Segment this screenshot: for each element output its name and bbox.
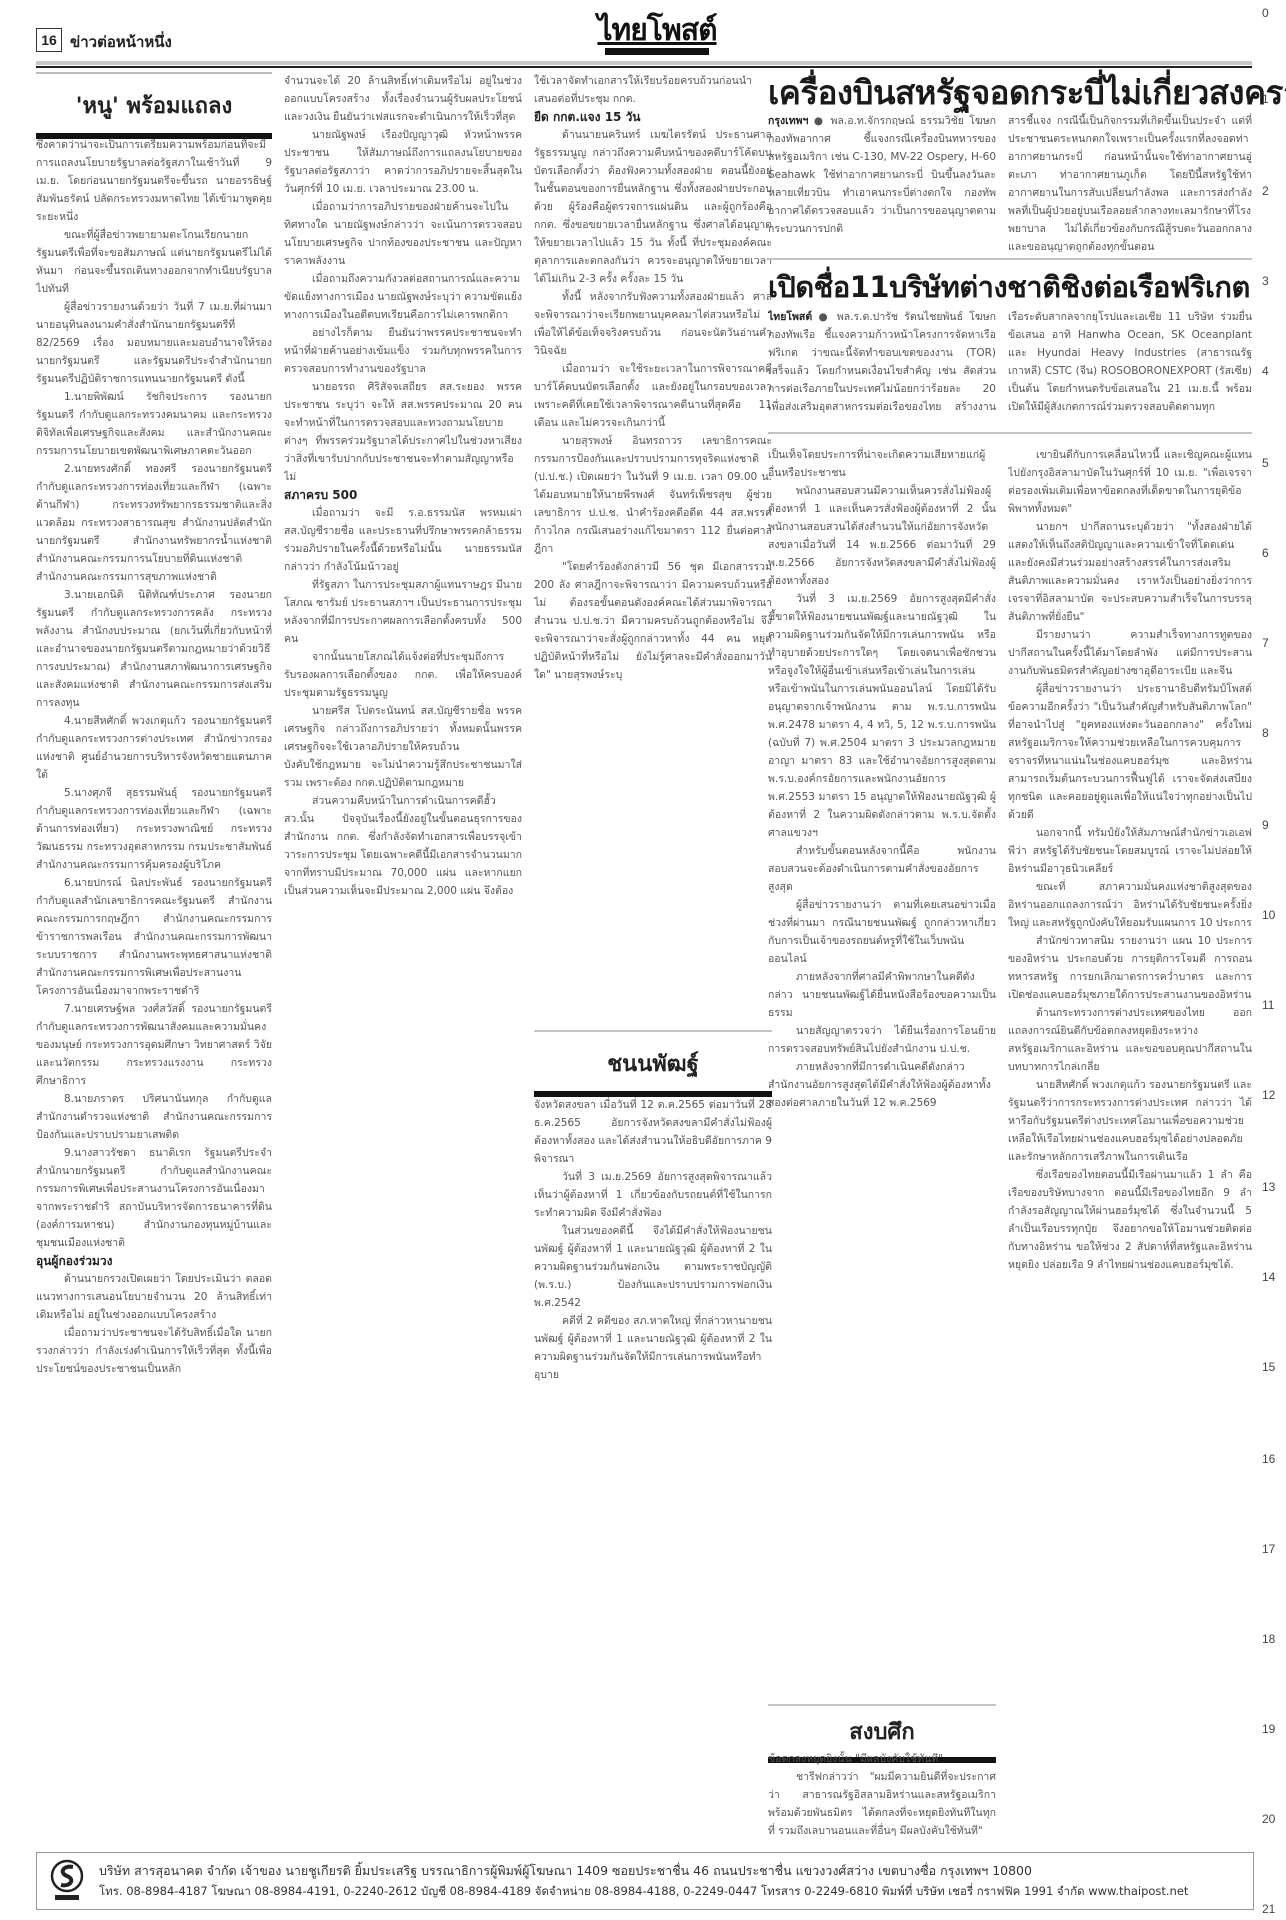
paragraph: สำหรับขั้นตอนหลังจากนี้คือ พนักงานสอบสวน… xyxy=(768,842,996,896)
paragraph: เรือระดับสากลจากยุโรปและเอเชีย 11 บริษัท… xyxy=(1008,308,1252,414)
paragraph: ซึ่งเรือของไทยตอนนี้มีเรือผ่านมาแล้ว 1 ล… xyxy=(1008,1166,1252,1274)
column-3-upper: ใช้เวลาจัดทำเอกสารให้เรียบร้อยครบถ้วนก่อ… xyxy=(534,72,772,1020)
box-title: 'หนู' พร้อมแถลง xyxy=(36,74,272,133)
paragraph: 1.นายพิพัฒน์ รัชกิจประการ รองนายกรัฐมนตร… xyxy=(36,388,272,460)
subhead: อุนผู้กองร่วมวง xyxy=(36,1252,272,1270)
margin-marker: 2 xyxy=(1262,184,1269,198)
margin-marker: 16 xyxy=(1262,1452,1275,1466)
divider xyxy=(768,258,1252,260)
paragraph: 5.นางศุภจี สุธรรมพันธุ์ รองนายกรัฐมนตรี … xyxy=(36,784,272,874)
section-title: ข่าวต่อหน้าหนึ่ง xyxy=(70,30,172,54)
paragraph: ด้านนายนครินทร์ เมฆไตรรัตน์ ประธานศาลรัฐ… xyxy=(534,126,772,288)
paragraph: นอกจากนี้ ทรัมป์ยังให้สัมภาษณ์สำนักข่าวเ… xyxy=(1008,824,1252,878)
paragraph: 4.นายสีหศักดิ์ พวงเกตุแก้ว รองนายกรัฐมนต… xyxy=(36,712,272,784)
subhead: สภาครบ 500 xyxy=(284,486,522,504)
margin-marker: 15 xyxy=(1262,1360,1275,1374)
paragraph: ชารีฟกล่าวว่า "ผมมีความยินดีที่จะประกาศว… xyxy=(768,1768,996,1840)
paragraph: "โดยคำร้องดังกล่าวมี 56 ชุด มีเอกสารรวม … xyxy=(534,558,772,684)
paragraph: เมื่อถามว่าประชาชนจะได้รับสิทธิ์เมื่อใด … xyxy=(36,1324,272,1378)
paragraph: ผู้สื่อข่าวรายงานว่า ประธานาธิบดีทรัมป์โ… xyxy=(1008,680,1252,824)
margin-marker: 10 xyxy=(1262,908,1275,922)
masthead-rule-grey xyxy=(36,61,1252,65)
paragraph: ภายหลังจากที่มีการดำเนินคดีดังกล่าว สำนั… xyxy=(768,1058,996,1112)
publisher-address: บริษัท สารสุอนาคต จำกัด เจ้าของ นายชูเกี… xyxy=(99,1861,1032,1881)
margin-marker: 11 xyxy=(1262,998,1274,1012)
margin-marker: 12 xyxy=(1262,1088,1275,1102)
paragraph: เขายินดีกับการเคลื่อนไหวนี้ และเชิญคณะผู… xyxy=(1008,446,1252,518)
paragraph: เมื่อถามถึงความกังวลต่อสถานการณ์และความข… xyxy=(284,270,522,324)
publisher-logo-icon xyxy=(49,1859,85,1903)
paragraph: นายอรรถ ศิริสัจจเสถียร สส.ระยอง พรรคประช… xyxy=(284,378,522,486)
paragraph: 7.นายเศรษฐ์พล วงศ์สวัสดิ์ รองนายกรัฐมนตร… xyxy=(36,1000,272,1090)
margin-marker: 1 xyxy=(1262,92,1269,106)
margin-marker: 18 xyxy=(1262,1632,1275,1646)
paragraph: ด้านนายกรวงเปิดเผยว่า โดยประเมินว่า ตลอด… xyxy=(36,1270,272,1324)
column-3-lower: จังหวัดสงขลา เมื่อวันที่ 12 ต.ค.2565 ต่อ… xyxy=(534,1096,772,1836)
margin-marker: 14 xyxy=(1262,1270,1275,1284)
divider xyxy=(534,1030,772,1032)
box-header-chanaphat: ชนนพัฒฐ์ xyxy=(534,1040,772,1097)
divider xyxy=(768,1704,996,1706)
box-title: ชนนพัฒฐ์ xyxy=(534,1040,772,1091)
paragraph: ที่รัฐสภา ในการประชุมสภาผู้แทนราษฎร มีนา… xyxy=(284,576,522,648)
paragraph: คดีที่ 2 คดีของ สภ.หาดใหญ่ ที่กล่าวหานาย… xyxy=(534,1312,772,1384)
margin-marker: 19 xyxy=(1262,1722,1275,1736)
paragraph: 8.นายภราดร ปริศนานันทกุล กำกับดูแลสำนักง… xyxy=(36,1090,272,1144)
box-header-nu: 'หนู' พร้อมแถลง xyxy=(36,72,272,139)
paragraph: 9.นางสาวรัชดา ธนาดิเรก รัฐมนตรีประจำสำนั… xyxy=(36,1144,272,1252)
paragraph: อย่างไรก็ตาม ยืนยันว่าพรรคประชาชนจะทำหน้… xyxy=(284,324,522,378)
publisher-footer: บริษัท สารสุอนาคต จำกัด เจ้าของ นายชูเกี… xyxy=(36,1852,1254,1910)
paragraph: สารชี้แจง กรณีนี้เป็นกิจกรรมที่เกิดขึ้นเ… xyxy=(1008,112,1252,252)
paragraph: นายสัญญาตรวจว่า ได้ยืนเรื่องการโอนย้ายกา… xyxy=(768,1022,996,1058)
paragraph: ใช้เวลาจัดทำเอกสารให้เรียบร้อยครบถ้วนก่อ… xyxy=(534,72,772,108)
paragraph: สำนักข่าวทาสนิม รายงานว่า แผน 10 ประการข… xyxy=(1008,932,1252,1004)
margin-marker: 9 xyxy=(1262,818,1269,832)
paragraph: จำนวนจะได้ 20 ล้านสิทธิ์เท่าเดิมหรือไม่ … xyxy=(284,72,522,126)
paragraph: จังหวัดสงขลา เมื่อวันที่ 12 ต.ค.2565 ต่อ… xyxy=(534,1096,772,1168)
paragraph: ด้านกระทรวงการต่างประเทศของไทย ออกแถลงกา… xyxy=(1008,1004,1252,1076)
newspaper-page: 16 ข่าวต่อหน้าหนึ่ง ไทยโพสต์ 'หนู' พร้อม… xyxy=(0,0,1286,1920)
paragraph: มีรายงานว่า ความสำเร็จทางการทูตของปากีสถ… xyxy=(1008,626,1252,680)
paragraph: ในส่วนของคดีนี้ จึงได้มีคำสั่งให้ฟ้องนาย… xyxy=(534,1222,772,1312)
paragraph: ส่วนความคืบหน้าในการดำเนินการคดีฮั้ว สว.… xyxy=(284,792,522,900)
margin-marker: 0 xyxy=(1262,6,1269,20)
paragraph: วันที่ 3 เม.ย.2569 อัยการสูงสุดมีคำสั่งช… xyxy=(768,590,996,842)
paragraph: ผู้สื่อข่าวรายงานว่า ตามที่เคยเสนอข่าวเม… xyxy=(768,896,996,968)
paragraph: บังคับใช้กฎหมาย จะไม่นำความรู้สึกประชาชน… xyxy=(284,756,522,792)
margin-marker: 8 xyxy=(1262,726,1269,740)
paragraph: 2.นายทรงศักดิ์ ทองศรี รองนายกรัฐมนตรี กำ… xyxy=(36,460,272,586)
paragraph: กรุงเทพฯ ● พล.อ.ท.จักรกฤษณ์ ธรรมวิชัย โฆ… xyxy=(768,112,996,238)
thaipost-logo: ไทยโพสต์ xyxy=(594,14,720,60)
paragraph: นายศรีส โปตระนันทน์ สส.บัญชีรายชื่อ พรรค… xyxy=(284,702,522,756)
paragraph: เมื่อถามว่า จะใช้ระยะเวลาในการพิจารณาคดี… xyxy=(534,360,772,432)
paragraph: นายกฯ ปากีสถานระบุด้วยว่า "ทั้งสองฝ่ายได… xyxy=(1008,518,1252,626)
paragraph: นายณัฐพงษ์ เรืองปัญญาวุฒิ หัวหน้าพรรคประ… xyxy=(284,126,522,198)
logo-text: ไทยโพสต์ xyxy=(594,14,720,48)
margin-marker: 4 xyxy=(1262,364,1269,378)
paragraph: ภายหลังจากที่ศาลมีคำพิพากษาในคดีดังกล่าว… xyxy=(768,968,996,1022)
paragraph: เมื่อถามว่าการอภิปรายของฝ่ายค้านจะไปในทิ… xyxy=(284,198,522,270)
paragraph: วันที่ 3 เม.ย.2569 อัยการสูงสุดพิจารณาแล… xyxy=(534,1168,772,1222)
paragraph: พนักงานสอบสวนมีความเห็นควรสั่งไม่ฟ้องผู้… xyxy=(768,482,996,590)
paragraph: นายสุรพงษ์ อินทรถาวร เลขาธิการคณะกรรมการ… xyxy=(534,432,772,558)
paragraph: ไทยโพสต์ ● พล.ร.ต.ปารัช รัตนไชยพันธ์ โฆษ… xyxy=(768,308,996,414)
ceasefire-col: ข้อตกลงหยุดยิงนั้น "มีผลบังคับใช้ทันที" … xyxy=(768,1750,996,1840)
column-4: เป็นเท็จโดยประการที่น่าจะเกิดความเสียหาย… xyxy=(768,446,996,1696)
margin-marker: 7 xyxy=(1262,636,1269,650)
paragraph: ผู้สื่อข่าวรายงานด้วยว่า วันที่ 7 เม.ย.ท… xyxy=(36,298,272,388)
paragraph: ซึ่งคาดว่าน่าจะเป็นการเตรียมความพร้อมก่อ… xyxy=(36,136,272,226)
paragraph: 3.นายเอกนิติ นิติทัณฑ์ประภาศ รองนายกรัฐม… xyxy=(36,586,272,712)
column-5: เขายินดีกับการเคลื่อนไหวนี้ และเชิญคณะผู… xyxy=(1008,446,1252,1840)
margin-marker: 21 xyxy=(1262,1902,1275,1916)
margin-marker: 20 xyxy=(1262,1812,1275,1826)
margin-marker: 5 xyxy=(1262,456,1269,470)
dateline: กรุงเทพฯ xyxy=(768,115,808,127)
frigate-col-right: เรือระดับสากลจากยุโรปและเอเชีย 11 บริษัท… xyxy=(1008,308,1252,414)
aircraft-col-right: สารชี้แจง กรณีนี้เป็นกิจกรรมที่เกิดขึ้นเ… xyxy=(1008,112,1252,252)
paragraph: ทั้งนี้ หลังจากรับฟังความทั้งสองฝ่ายแล้ว… xyxy=(534,288,772,360)
divider xyxy=(768,432,1252,434)
paragraph: 6.นายปกรณ์ นิลประพันธ์ รองนายกรัฐมนตรี ก… xyxy=(36,874,272,1000)
publisher-contacts: โทร. 08-8984-4187 โฆษณา 08-8984-4191, 0-… xyxy=(99,1883,1188,1901)
paragraph: จากนั้นนายโสภณได้แจ้งต่อที่ประชุมถึงการร… xyxy=(284,648,522,702)
margin-marker: 17 xyxy=(1262,1542,1275,1556)
frigate-col-left: ไทยโพสต์ ● พล.ร.ต.ปารัช รัตนไชยพันธ์ โฆษ… xyxy=(768,308,996,414)
margin-marker: 3 xyxy=(1262,274,1269,288)
paragraph: ข้อตกลงหยุดยิงนั้น "มีผลบังคับใช้ทันที" xyxy=(768,1750,996,1768)
paragraph: นายสีหศักดิ์ พวงเกตุแก้ว รองนายกรัฐมนตรี… xyxy=(1008,1076,1252,1166)
subhead: ยืด กกต.แจง 15 วัน xyxy=(534,108,772,126)
masthead: 16 ข่าวต่อหน้าหนึ่ง ไทยโพสต์ xyxy=(36,14,1252,54)
aircraft-col-left: กรุงเทพฯ ● พล.อ.ท.จักรกฤษณ์ ธรรมวิชัย โฆ… xyxy=(768,112,996,252)
column-1: ซึ่งคาดว่าน่าจะเป็นการเตรียมความพร้อมก่อ… xyxy=(36,136,272,1836)
dateline: ไทยโพสต์ xyxy=(768,311,812,323)
paragraph: เมื่อถามว่า จะมี ร.อ.ธรรมนัส พรหมเผ่า สส… xyxy=(284,504,522,576)
paragraph: ขณะที่ สภาความมั่นคงแห่งชาติสูงสุดของอิห… xyxy=(1008,878,1252,932)
margin-marker: 6 xyxy=(1262,546,1269,560)
headline-frigate: เปิดชื่อ11บริษัทต่างชาติชิงต่อเรือฟริเกต xyxy=(768,264,1250,310)
logo-subtitle-bar xyxy=(605,48,709,55)
margin-marker: 13 xyxy=(1262,1180,1275,1194)
column-2: จำนวนจะได้ 20 ล้านสิทธิ์เท่าเดิมหรือไม่ … xyxy=(284,72,522,1836)
page-number: 16 xyxy=(36,28,62,52)
paragraph: เป็นเท็จโดยประการที่น่าจะเกิดความเสียหาย… xyxy=(768,446,996,482)
paragraph: ขณะที่ผู้สื่อข่าวพยายามตะโกนเรียกนายกรัฐ… xyxy=(36,226,272,298)
